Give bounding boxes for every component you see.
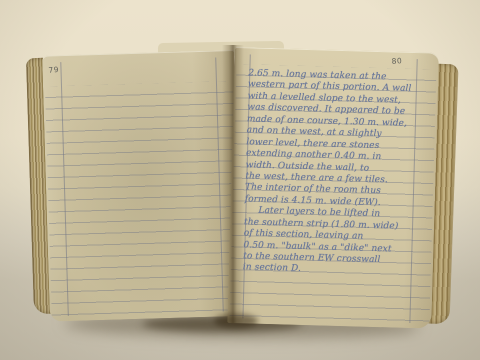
page-number-left: 79 [48,65,59,75]
spine-gutter-shadow [222,45,244,323]
right-page: 80 2.65 m. long was taken at the western… [227,47,439,329]
left-page: 79 [42,50,242,322]
page-number-right: 80 [392,56,403,66]
notebook-photo: 79 80 2.65 m. long was taken at the west… [0,0,480,360]
spine-bottom-shadow [214,314,258,328]
handwritten-entry: 2.65 m. long was taken at the western pa… [243,68,433,279]
ruled-lines-left [45,81,240,316]
